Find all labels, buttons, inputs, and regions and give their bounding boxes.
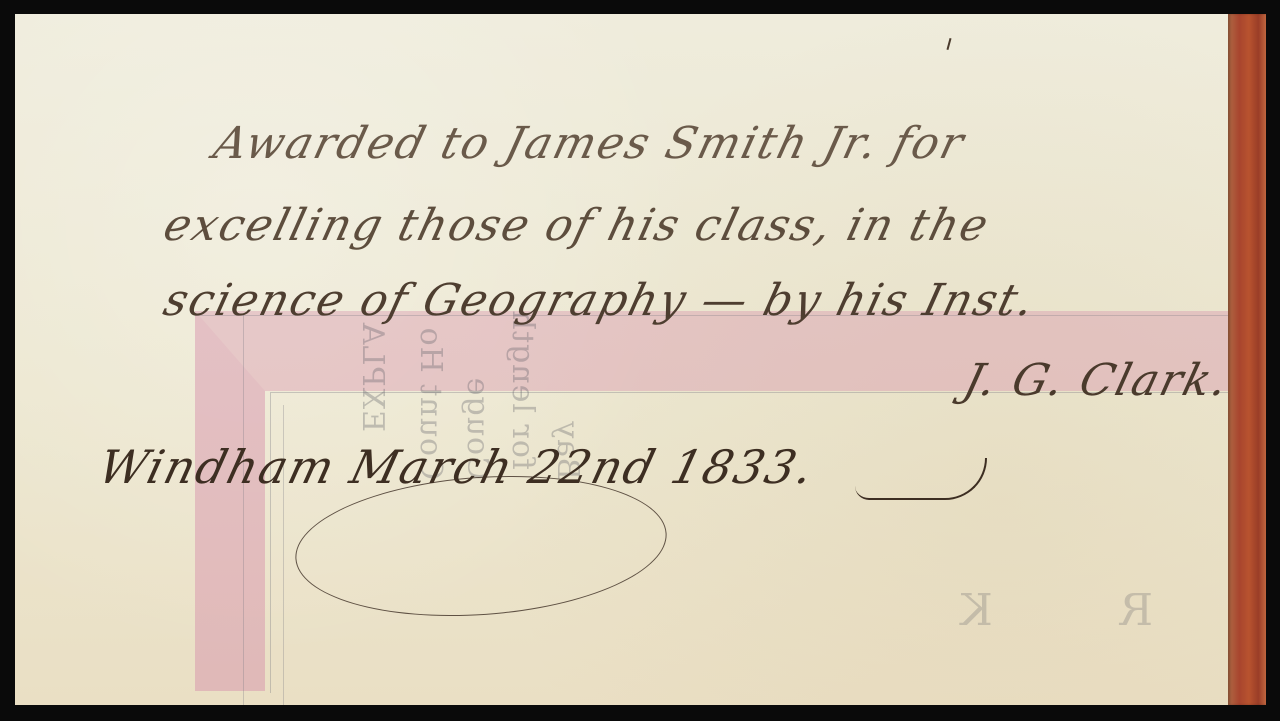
inscription-line-2: excelling those of his class, in the — [159, 200, 995, 251]
leather-binding-edge — [1228, 14, 1266, 705]
bleed-through-letter: R — [1120, 585, 1153, 636]
bleed-through-vertical-rule — [243, 315, 244, 705]
bleed-through-letter: K — [960, 585, 993, 636]
dateline-place: Windham — [93, 440, 341, 494]
dateline-date: March 22nd 1833. — [345, 440, 821, 494]
inscription-line-1: Awarded to James Smith Jr. for — [209, 118, 971, 169]
signature: J. G. Clark. — [959, 355, 1235, 406]
inscription-line-3: science of Geography — by his Inst. — [159, 275, 1041, 326]
dateline: Windham March 22nd 1833. — [93, 440, 820, 494]
bleed-through-text: EXPLA — [355, 322, 390, 432]
